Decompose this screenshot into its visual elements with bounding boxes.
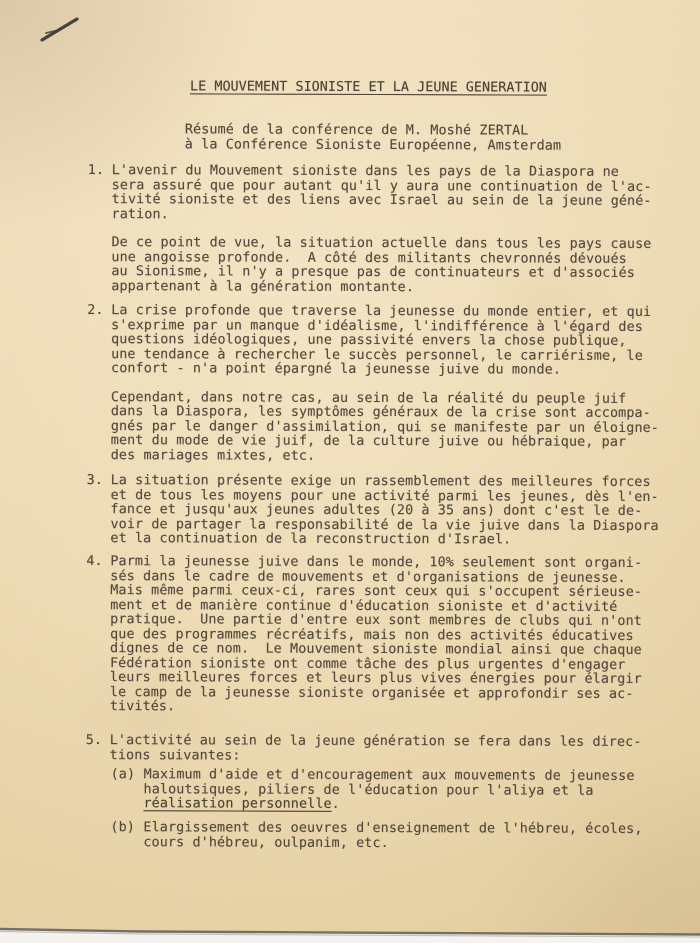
item-number: 2. [87,304,111,319]
list-item-4: 4. Parmi la jeunesse juive dans le monde… [86,555,642,716]
item-number: 4. [86,555,110,570]
sub-item-label: (b) [110,821,143,836]
paragraph: Parmi la jeunesse juive dans le monde, 1… [110,555,642,716]
item-number: 3. [87,474,111,489]
sub-item-a-text: Maximum d'aide et d'encouragement aux mo… [144,767,635,798]
sub-item-b: (b) Elargissement des oeuvres d'enseigne… [110,821,642,852]
paragraph: L'activité au sein de la jeune génératio… [110,734,642,765]
paragraph: De ce point de vue, la situation actuell… [111,236,651,296]
list-item-5: 5. L'activité au sein de la jeune généra… [86,734,642,765]
paragraph: L'avenir du Mouvement sioniste dans les … [112,164,652,224]
paragraph: Elargissement des oeuvres d'enseignement… [143,821,642,852]
paragraph: La crise profonde que traverse la jeunes… [111,304,659,378]
sub-item-a-suffix: . [332,797,340,812]
document-title: LE MOUVEMENT SIONISTE ET LA JEUNE GENERA… [190,80,547,96]
scanned-document-page: LE MOUVEMENT SIONISTE ET LA JEUNE GENERA… [0,0,700,943]
document-subtitle: Résumé de la conférence de M. Moshé ZERT… [185,123,561,153]
typed-content: LE MOUVEMENT SIONISTE ET LA JEUNE GENERA… [0,0,700,943]
list-item-2: 2. La crise profonde que traverse la jeu… [87,304,660,465]
sub-item-a: (a) Maximum d'aide et d'encouragement au… [110,768,634,813]
paragraph: La situation présente exige un rassemble… [110,474,658,548]
list-item-3: 3. La situation présente exige un rassem… [86,474,658,548]
sub-item-label: (a) [111,768,144,783]
list-item-1: 1. L'avenir du Mouvement sioniste dans l… [87,164,651,296]
item-number: 5. [86,734,110,749]
paragraph: Maximum d'aide et d'encouragement aux mo… [143,768,634,813]
item-number: 1. [88,164,112,179]
paragraph: Cependant, dans notre cas, au sein de la… [111,391,659,465]
underlined-phrase: réalisation personnelle [143,796,331,812]
